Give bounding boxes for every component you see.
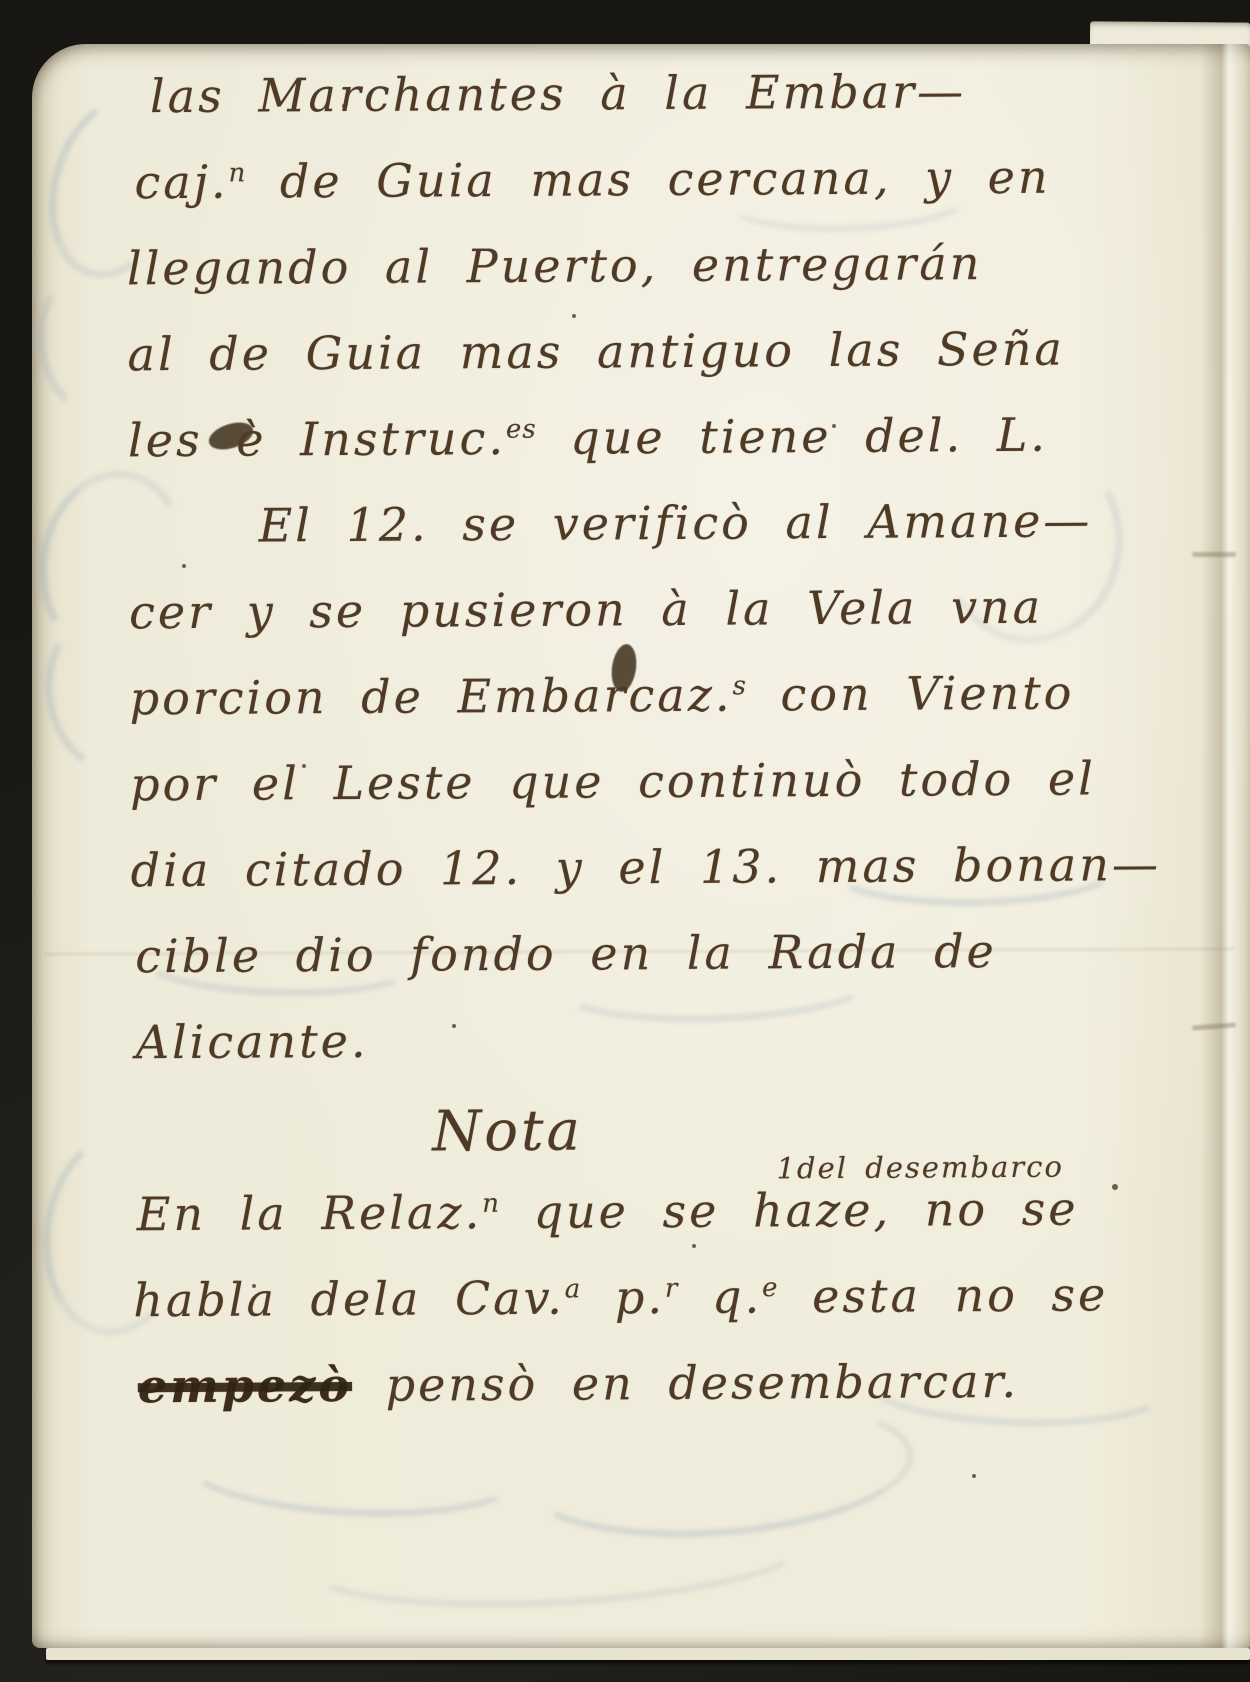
line-text: esta no se [778, 1267, 1108, 1323]
manuscript-text: las Marchantes à la Embar—caj.n de Guia … [126, 63, 1220, 1446]
interlinear-insertion: 1del desembarco [776, 1150, 1064, 1186]
line-text: por el Leste que continuò todo el [130, 751, 1096, 811]
line-text: llegando al Puerto, entregarán [127, 236, 983, 295]
manuscript-line: llegando al Puerto, entregarán [127, 235, 1214, 328]
superscript-abbreviation: r [665, 1274, 679, 1304]
superscript-abbreviation: e [762, 1273, 779, 1303]
manuscript-line: dia citado 12. y el 13. mas bonan— [131, 837, 1218, 930]
superscript-abbreviation: n [228, 158, 246, 188]
superscript-abbreviation: es [506, 414, 537, 444]
line-text: al de Guia mas antiguo las Seña [127, 322, 1065, 382]
line-text: que se haze, no se [500, 1182, 1079, 1240]
line-text: las [150, 69, 225, 123]
line-text: porcion de Embarcaz. [129, 668, 732, 726]
line-text: dia citado 12. y el 13. mas bonan— [131, 837, 1161, 897]
ink-speckle [972, 1474, 976, 1478]
line-text: q. [678, 1269, 762, 1324]
superscript-abbreviation: s [732, 671, 747, 701]
line-text: cible dio fondo en la Rada de [135, 924, 997, 983]
manuscript-line: cible dio fondo en la Rada de [135, 923, 1218, 1016]
manuscript-line: cer y se pusieron à la Vela vna [129, 579, 1216, 672]
manuscript-line: al de Guia mas antiguo las Seña [127, 321, 1214, 414]
line-text: Nota [432, 1099, 583, 1165]
line-text: Alicante. [136, 1014, 369, 1069]
line-text: Marchantes à la Embar— [225, 64, 967, 123]
manuscript-line: El 12. se verificò al Amane— [258, 493, 1215, 585]
line-text: que tiene del. L. [537, 408, 1049, 465]
line-text: de Guia mas cercana, y en [246, 150, 1051, 209]
line-text: les è Instruc. [128, 411, 506, 467]
manuscript-line: caj.n de Guia mas cercana, y en [134, 149, 1213, 242]
line-text: p. [581, 1270, 665, 1325]
manuscript-line: En la Relaz.n que se haze, no se1del des… [137, 1181, 1220, 1274]
line-text: cer y se pusieron à la Vela vna [129, 580, 1043, 640]
scan-background: las Marchantes à la Embar—caj.n de Guia … [0, 0, 1250, 1682]
manuscript-line: Alicante. [136, 1009, 1219, 1102]
manuscript-line: porcion de Embarcaz.s con Viento [129, 665, 1216, 758]
manuscript-line: habla dela Cav.a p.r q.e esta no se [133, 1267, 1220, 1360]
manuscript-line: las Marchantes à la Embar— [150, 63, 1213, 155]
manuscript-page: las Marchantes à la Embar—caj.n de Guia … [32, 44, 1250, 1648]
line-text: El 12. se verificò al Amane— [258, 493, 1092, 552]
manuscript-line: por el Leste que continuò todo el [130, 751, 1217, 844]
superscript-abbreviation: n [482, 1189, 500, 1219]
manuscript-line: empezò pensò en desembarcar. [138, 1353, 1221, 1446]
line-text: En la Relaz. [137, 1185, 483, 1241]
line-text: con Viento [747, 666, 1075, 722]
underlying-page-edge-bottom [46, 1648, 1250, 1660]
line-text: pensò en desembarcar. [352, 1354, 1019, 1412]
line-text: caj. [134, 155, 228, 210]
line-text: habla dela Cav. [133, 1271, 565, 1328]
superscript-abbreviation: a [565, 1274, 582, 1304]
struck-word: empezò [138, 1358, 353, 1413]
manuscript-line: les è Instruc.es que tiene del. L. [128, 407, 1215, 500]
